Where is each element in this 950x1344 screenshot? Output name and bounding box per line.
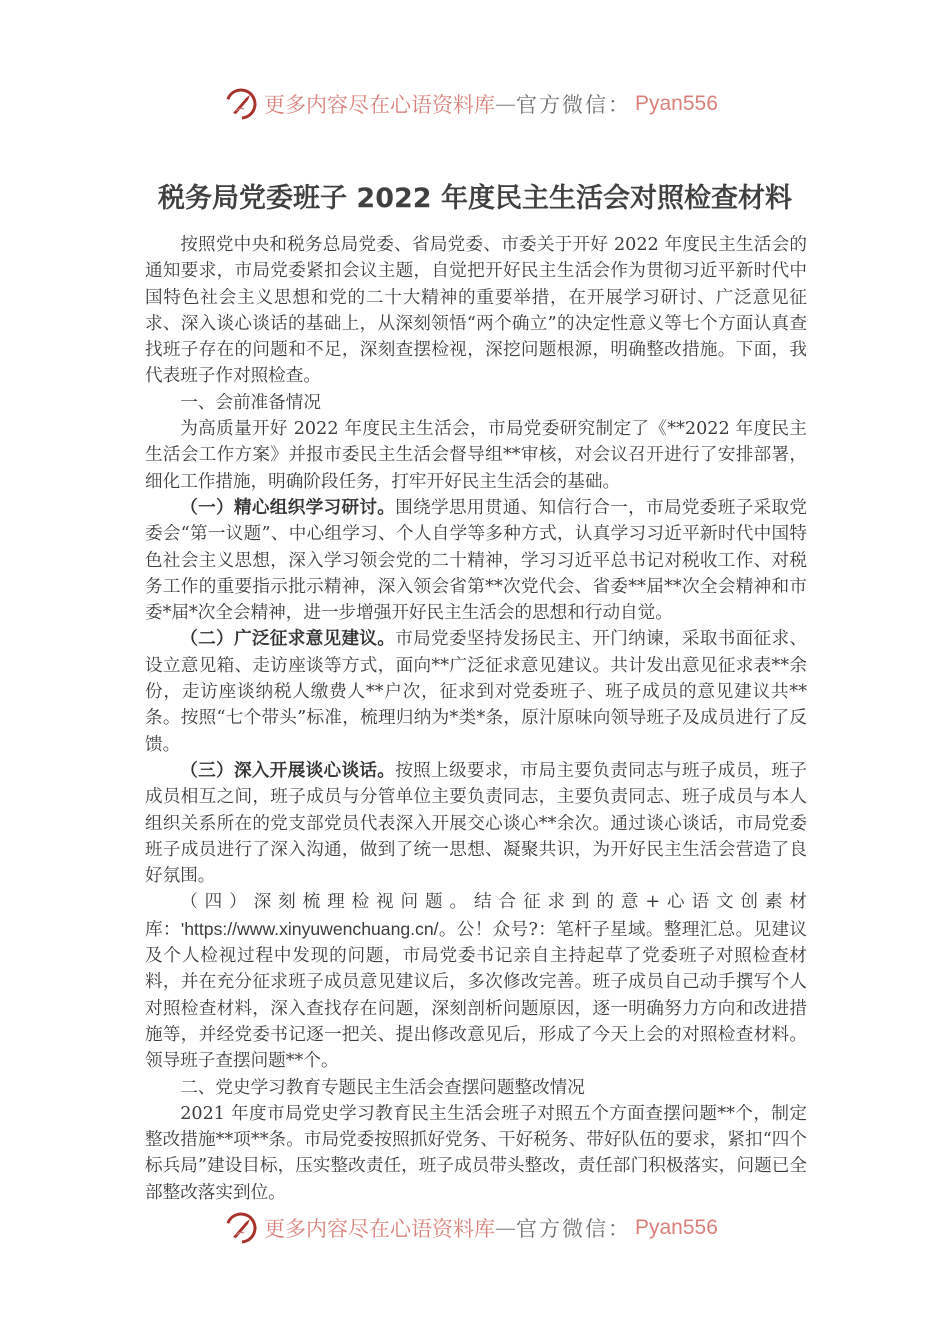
banner-wechat-id: Pyan556 xyxy=(635,92,718,116)
subheading-study: （一）精心组织学习研讨。 xyxy=(180,498,395,518)
banner-wechat-label: 官方微信： xyxy=(516,89,631,119)
inline-url-text: 'https://www.xinyuwenchuang.cn/ xyxy=(181,919,439,939)
document-title: 税务局党委班子 2022 年度民主生活会对照检查材料 xyxy=(0,176,950,215)
quill-pen-logo-icon xyxy=(224,87,258,121)
banner-dash: — xyxy=(495,92,516,116)
paragraph-study: （一）精心组织学习研讨。围绕学思用贯通、知信行合一，市局党委班子采取党委会“第一… xyxy=(145,495,807,626)
section-heading-2: 二、党史学习教育专题民主生活会查摆问题整改情况 xyxy=(145,1075,807,1101)
banner-site-name: 更多内容尽在心语资料库 xyxy=(264,89,495,119)
paragraph-talks: （三）深入开展谈心谈话。按照上级要求，市局主要负责同志与班子成员，班子成员相互之… xyxy=(145,758,807,889)
banner-wechat-id: Pyan556 xyxy=(635,1216,718,1240)
paragraph-review: （四）深刻梳理检视问题。结合征求到的意+心语文创素材库：'https://www… xyxy=(145,889,807,1074)
banner-dash: — xyxy=(495,1216,516,1240)
paragraph-intro: 按照党中央和税务总局党委、省局党委、市委关于开好 2022 年度民主生活会的通知… xyxy=(145,232,807,390)
quill-pen-logo-icon xyxy=(224,1211,258,1245)
paragraph-rectification: 2021 年度市局党史学习教育民主生活会班子对照五个方面查摆问题**个，制定整改… xyxy=(145,1101,807,1206)
footer-watermark-banner: 更多内容尽在心语资料库 — 官方微信： Pyan556 xyxy=(224,1208,724,1248)
paragraph-preparation: 为高质量开好 2022 年度民主生活会，市局党委研究制定了《**2022 年度民… xyxy=(145,416,807,495)
document-body: 按照党中央和税务总局党委、省局党委、市委关于开好 2022 年度民主生活会的通知… xyxy=(145,232,807,1206)
banner-site-name: 更多内容尽在心语资料库 xyxy=(264,1213,495,1243)
section-heading-1: 一、会前准备情况 xyxy=(145,390,807,416)
paragraph-opinions: （二）广泛征求意见建议。市局党委坚持发扬民主、开门纳谏，采取书面征求、设立意见箱… xyxy=(145,626,807,757)
header-watermark-banner: 更多内容尽在心语资料库 — 官方微信： Pyan556 xyxy=(224,84,724,124)
subheading-opinions: （二）广泛征求意见建议。 xyxy=(180,629,395,649)
banner-wechat-label: 官方微信： xyxy=(516,1213,631,1243)
subheading-talks: （三）深入开展谈心谈话。 xyxy=(180,761,395,781)
